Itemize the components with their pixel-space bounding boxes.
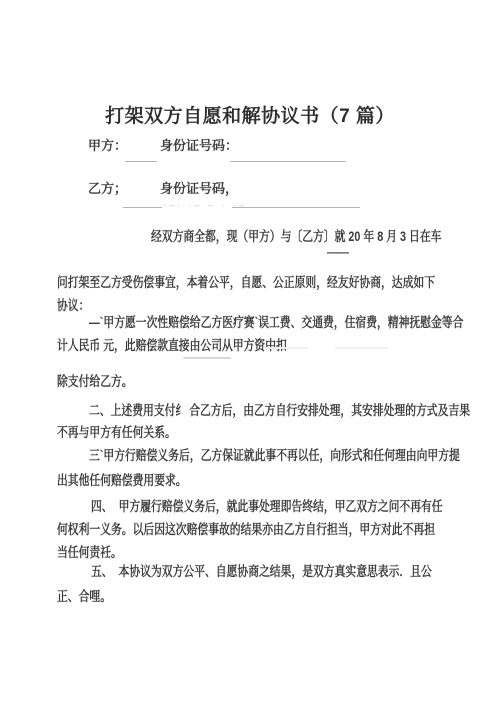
preamble-line-2: 协议：: [57, 298, 89, 314]
faded-underline: [183, 357, 231, 359]
dash-mark: ——: [327, 245, 347, 259]
clause-3-line-2: 出其他任何赔偿费用要求。: [57, 473, 187, 489]
clause-3-line-1: 三`甲方行赔偿义务后，乙方保证就此事不再以任，向形式和任何理由向甲方提: [89, 448, 460, 464]
clause-1-tail: 除支付给乙方。: [57, 374, 133, 390]
smudge-marks: ·–· ·– – · ·–: [163, 201, 247, 210]
clause-4-line-3: 当任何责祍。: [57, 545, 122, 561]
clause-5-line-2: 正、合哩。: [57, 589, 111, 605]
document-title: 打架双方自愿和解协议书（7 篇）: [0, 101, 500, 128]
party-a-id-blank: [230, 161, 346, 162]
party-b-id-label: 身份证号码，: [160, 181, 238, 197]
clause-5-line-1: 五、 本协议为双方公平、自愿协商之结果，是双方真实意思表示．且公: [91, 564, 432, 580]
party-b-label: 乙方；: [88, 181, 127, 197]
intro-line: 经双方商全都，现（甲方）与〔乙方〕就 20 年 8 月 3 日在车: [151, 229, 441, 245]
faded-smudge: [265, 347, 308, 349]
party-b-name-blank: [123, 207, 162, 208]
clause-4-line-1: 四、 甲方履行赔偿义务后，就此事处理即告终结，甲乙双方之问不再有任: [91, 499, 443, 515]
document-page: 打架双方自愿和解协议书（7 篇） 甲方： 身份证号码： 乙方； 身份证号码， ·…: [0, 0, 500, 708]
clause-1-line-2: 计人民币 元，此赔偿款直接由公司从甲方资中扣: [57, 338, 287, 354]
preamble-line-1: 问打架至乙方受伤偿事宜，本着公平，自愿、公正原则，经友好协商，达成如下: [57, 275, 435, 291]
party-a-name-blank: [125, 161, 157, 162]
clause-1-line-1: —`甲方愿一次性赔偿给乙方医疗赛`误工费、交通费，住宿费，精神抚慰金等合: [89, 315, 463, 331]
clause-2-line-1: 二、上述费用支付纟 合乙方后，由乙方自行安排处理，其安排处理的方式及吉果: [89, 403, 470, 419]
party-b-id-blank: [232, 207, 360, 208]
clause-2-line-2: 不再与甲方有任何关系。: [57, 425, 176, 441]
party-a-label: 甲方：: [88, 138, 127, 154]
clause-4-line-2: 何权利一义务。以后因这次赔偿事故的结果亦由乙方自行担当，甲方对此不再担: [57, 522, 435, 538]
faded-smudge: [335, 347, 388, 349]
party-a-id-label: 身份证号码：: [160, 138, 238, 154]
